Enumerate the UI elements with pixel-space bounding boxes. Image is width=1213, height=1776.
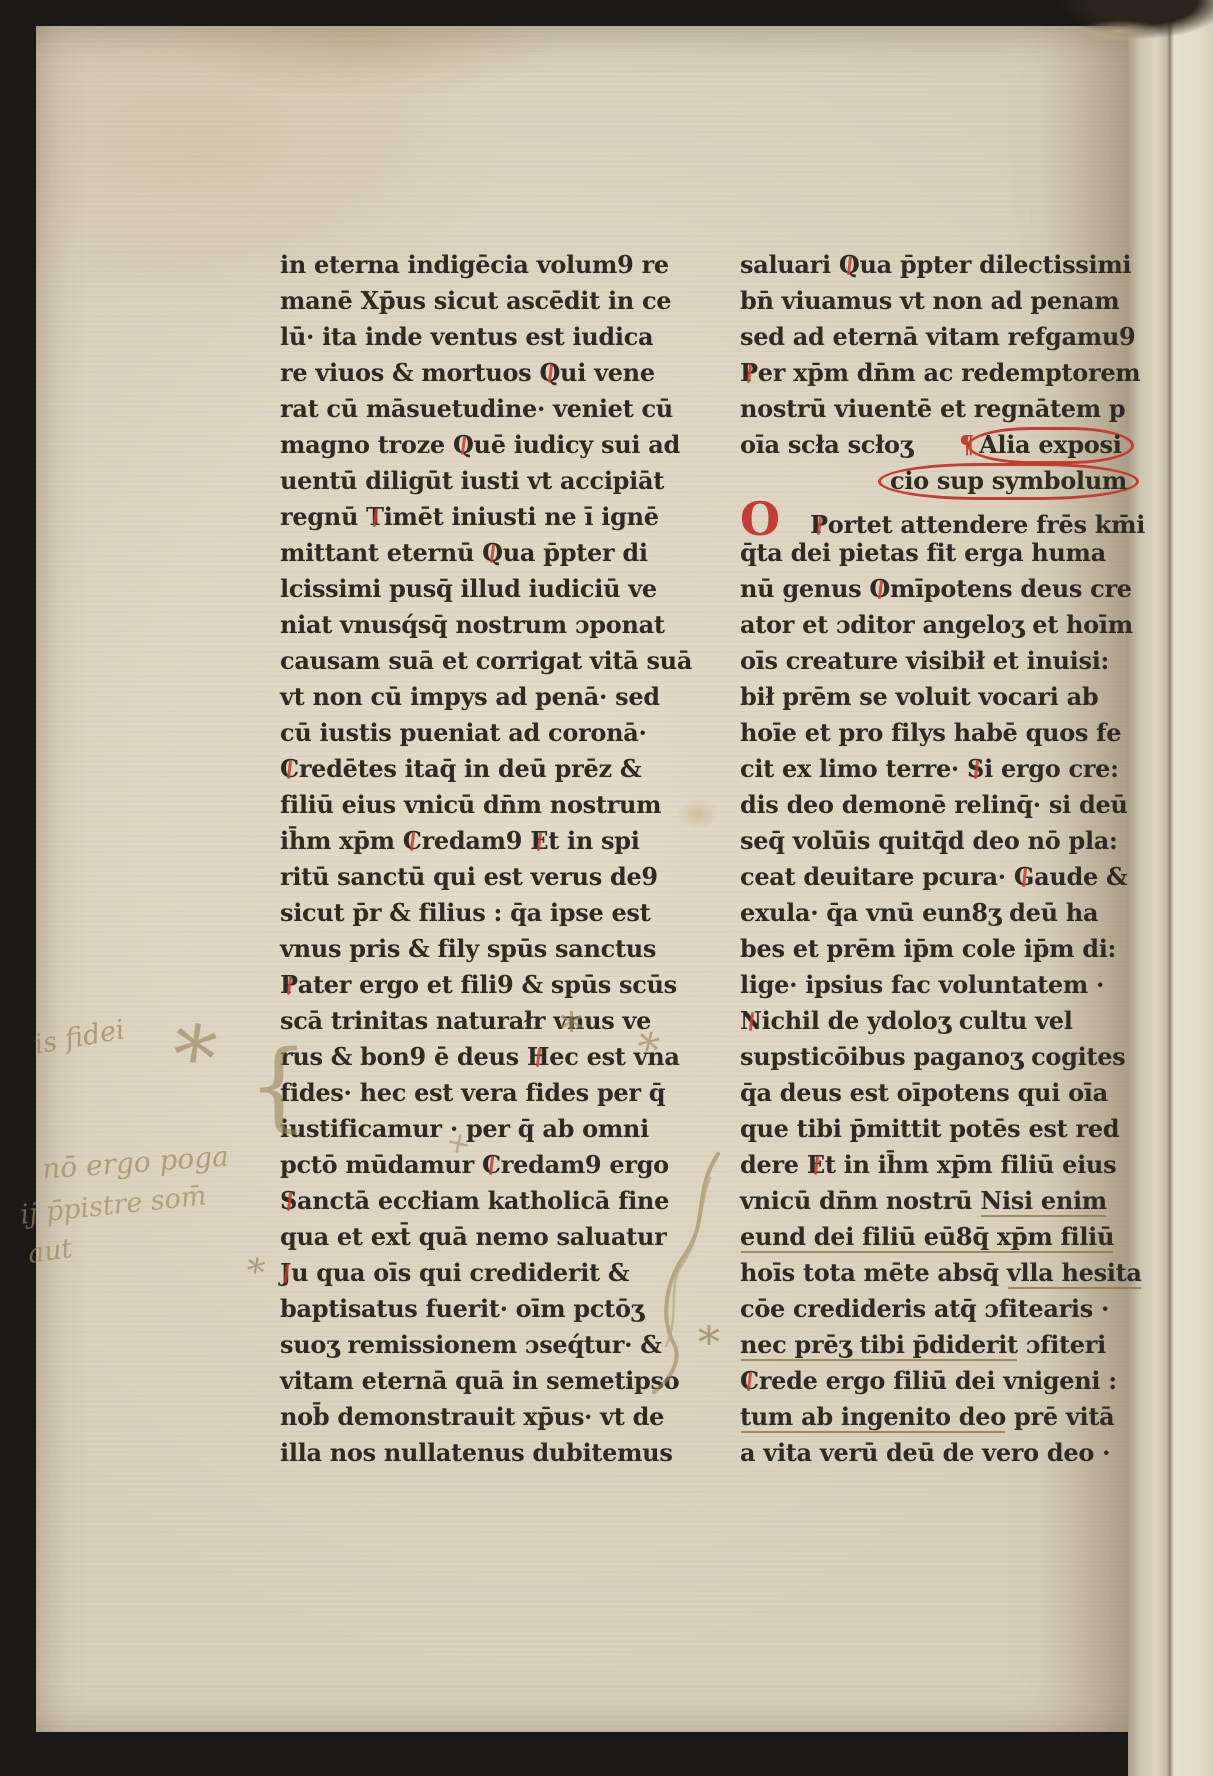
printed-text: saluari [740, 250, 839, 279]
printed-text: suoʒ remissionem ɔseq́tur· & [280, 1330, 662, 1359]
rubricated-initial: E [807, 1150, 825, 1179]
text-line: seq̄ volūis quitq̄d deo nō pla: [740, 823, 1096, 859]
text-line: supsticōibus paganoʒ cogites [740, 1039, 1096, 1075]
page-corner-highlight [1072, 18, 1168, 44]
rubricated-initial: C [280, 754, 299, 783]
text-line: nū genus Omīpotens deus cre [740, 571, 1096, 607]
text-line: vnus pris & fily spūs sanctus [280, 931, 658, 967]
text-line: hoīs tota mēte absq̄ vlla hesita [740, 1255, 1096, 1291]
text-line: qua et ext̄ quā nemo saluatur [280, 1219, 658, 1255]
text-line: vt non cū impys ad penā· sed [280, 679, 658, 715]
printed-text: hoīe et pro filys habē quos fe [740, 718, 1121, 747]
text-line: re viuos & mortuos Qui vene [280, 355, 658, 391]
printed-text: ui vene [560, 358, 655, 387]
text-line: lige· ipsius fac voluntatem · [740, 967, 1096, 1003]
text-line: Credētes itaq̄ in deū prēz & [280, 751, 658, 787]
text-line: magno troze Quē iudicy sui ad [280, 427, 658, 463]
underlined-text: vlla hesita [1007, 1258, 1142, 1287]
printed-text: exula· q̄a vnū eun8ʒ deū ha [740, 898, 1098, 927]
printed-text: ua p̄pter dilectissimi [860, 250, 1132, 279]
rubricated-initial: E [530, 826, 548, 855]
text-line: q̄ta dei pietas fit erga huma [740, 535, 1096, 571]
rubricated-initial: Q [482, 538, 503, 567]
printed-text: scā trinitas naturałr vnus ve [280, 1006, 651, 1035]
printed-text: baptisatus fuerit· oīm pctōʒ [280, 1294, 644, 1323]
printed-text: rede ergo filiū dei vnigeni : [759, 1366, 1117, 1395]
rubricated-initial: C [403, 826, 422, 855]
text-line: ceat deuitare pcura· Gaude & [740, 859, 1096, 895]
text-line: OPortet attendere frēs km̄i [740, 499, 1096, 535]
printed-text: ritū sanctū qui est verus de9 [280, 862, 658, 891]
printed-text: que tibi p̄mittit potēs est red [740, 1114, 1119, 1143]
book-scan: in eterna indigēcia volum9 remanē Xp̄us … [0, 0, 1213, 1776]
text-line: Crede ergo filiū dei vnigeni : [740, 1363, 1096, 1399]
text-line: cio sup symbolum [740, 463, 1096, 499]
text-line: dere Et in ih̄m xp̄m filiū eius [740, 1147, 1096, 1183]
printed-text: vitam eternā quā in semetipso [280, 1366, 679, 1395]
printed-text: rus & bon9 ē deus [280, 1042, 527, 1071]
margin-brace: { [248, 1030, 309, 1142]
printed-text: bes et prēm ip̄m cole ip̄m di: [740, 934, 1116, 963]
underlined-text: eund dei filiū eū8q̄ xp̄m filiū [740, 1222, 1114, 1251]
text-line: mittant eternū Qua p̄pter di [280, 535, 658, 571]
text-line: eund dei filiū eū8q̄ xp̄m filiū [740, 1219, 1096, 1255]
printed-text: q̄a deus est oīpotens qui oīa [740, 1078, 1108, 1107]
text-line: nec prēʒ tibi p̄diderit ɔfiteri [740, 1327, 1096, 1363]
printed-text: supsticōibus paganoʒ cogites [740, 1042, 1125, 1071]
rubricated-initial: N [740, 1006, 762, 1035]
text-line: vnicū dn̄m nostrū Nisi enim [740, 1183, 1096, 1219]
rubricated-initial: O [869, 574, 890, 603]
text-line: scā trinitas naturałr vnus ve [280, 1003, 658, 1039]
rubricated-initial: S [967, 754, 984, 783]
printed-text: ortet attendere frēs km̄i [828, 510, 1145, 539]
printed-text: niat vnusq́sq̄ nostrum ɔponat [280, 610, 665, 639]
rubricated-initial: H [527, 1042, 549, 1071]
underlined-text: tum ab ingenito deo [740, 1402, 1006, 1431]
printed-text: filiū eius vnicū dn̄m nostrum [280, 790, 661, 819]
rubricated-initial: P [810, 510, 828, 539]
text-line: manē Xp̄us sicut ascēdit in ce [280, 283, 658, 319]
rubricated-initial: T [366, 502, 384, 531]
printed-text: q̄ta dei pietas fit erga huma [740, 538, 1106, 567]
printed-text: u qua oīs qui crediderit & [291, 1258, 629, 1287]
text-line: rus & bon9 ē deus Hec est vna [280, 1039, 658, 1075]
rubricated-initial: S [280, 1186, 297, 1215]
text-line: cōe credideris atq̄ ɔfitearis · [740, 1291, 1096, 1327]
printed-text: nū genus [740, 574, 869, 603]
printed-text: anctā eccłiam katholicā fine [297, 1186, 669, 1215]
ink-flourish [640, 1148, 750, 1398]
underlined-text: nec prēʒ tibi p̄diderit [740, 1330, 1018, 1359]
printed-text: prē vitā [1006, 1402, 1114, 1431]
printed-text: regnū [280, 502, 366, 531]
printed-text: cū iustis pueniat ad coronā· [280, 718, 647, 747]
text-line: Ju qua oīs qui crediderit & [280, 1255, 658, 1291]
printed-text: ceat deuitare pcura· [740, 862, 1014, 891]
text-line: ritū sanctū qui est verus de9 [280, 859, 658, 895]
printed-text: lū· ita inde ventus est iudica [280, 322, 653, 351]
printed-text: i ergo cre: [984, 754, 1119, 783]
printed-text: t in spi [548, 826, 639, 855]
rubricated-initial: G [1014, 862, 1034, 891]
text-line: que tibi p̄mittit potēs est red [740, 1111, 1096, 1147]
text-line: causam suā et corrigat vitā suā [280, 643, 658, 679]
printed-text: ator et ɔditor angeloʒ et hoīm [740, 610, 1133, 639]
printed-text: oīs creature visibił et inuisi: [740, 646, 1109, 675]
printed-text: rat cū māsuetudine· veniet cū [280, 394, 673, 423]
text-line: illa nos nullatenus dubitemus [280, 1435, 658, 1471]
printed-text: fides· hec est vera fides per q̄ [280, 1078, 665, 1107]
text-line: cit ex limo terre· Si ergo cre: [740, 751, 1096, 787]
text-line: bił prēm se voluit vocari ab [740, 679, 1096, 715]
printed-text: qua et ext̄ quā nemo saluatur [280, 1222, 666, 1251]
lombard-initial: O [740, 501, 810, 537]
printed-text: mittant eternū [280, 538, 482, 567]
text-line: dis deo demonē relinq̄· si deū [740, 787, 1096, 823]
text-line: q̄a deus est oīpotens qui oīa [740, 1075, 1096, 1111]
text-line: saluari Qua p̄pter dilectissimi [740, 247, 1096, 283]
rubricated-initial: Q [839, 250, 860, 279]
text-line: filiū eius vnicū dn̄m nostrum [280, 787, 658, 823]
printed-text: nostrū viuentē et regnātem p [740, 394, 1125, 423]
text-line: lū· ita inde ventus est iudica [280, 319, 658, 355]
printed-text: nob̄ demonstrauit xp̄us· vt de [280, 1402, 664, 1431]
printed-text: imēt iniusti ne ī ignē [384, 502, 659, 531]
printed-text: oīa scła scłoʒ [740, 430, 913, 459]
printed-text: manē Xp̄us sicut ascēdit in ce [280, 286, 671, 315]
text-line: vitam eternā quā in semetipso [280, 1363, 658, 1399]
text-line: Pater ergo et fili9 & spūs scūs [280, 967, 658, 1003]
right-text-column: saluari Qua p̄pter dilectissimibn̄ viuam… [740, 247, 1096, 1471]
text-line: bn̄ viuamus vt non ad penam [740, 283, 1096, 319]
red-circled-text: Alia exposi [967, 427, 1133, 464]
text-line: in eterna indigēcia volum9 re [280, 247, 658, 283]
printed-text: aude & [1034, 862, 1127, 891]
printed-text: mīpotens deus cre [890, 574, 1132, 603]
red-circled-text: cio sup symbolum [878, 463, 1139, 500]
text-line: niat vnusq́sq̄ nostrum ɔponat [280, 607, 658, 643]
rubricated-initial: P [280, 970, 298, 999]
text-line: uentū diligūt iusti vt accipiāt [280, 463, 658, 499]
printed-text: cōe credideris atq̄ ɔfitearis · [740, 1294, 1109, 1323]
text-line: sicut p̄r & filius : q̄a ipse est [280, 895, 658, 931]
printed-text: bił prēm se voluit vocari ab [740, 682, 1098, 711]
text-line: Per xp̄m dn̄m ac redemptorem [740, 355, 1096, 391]
printed-text: hoīs tota mēte absq̄ [740, 1258, 1007, 1287]
printed-text: causam suā et corrigat vitā suā [280, 646, 692, 675]
text-line: lcissimi pusq̄ illud iudiciū ve [280, 571, 658, 607]
printed-text: ih̄m xp̄m [280, 826, 403, 855]
rubricated-initial: C [482, 1150, 501, 1179]
printed-text: magno troze [280, 430, 453, 459]
printed-text: ater ergo et fili9 & spūs scūs [298, 970, 677, 999]
left-text-column: in eterna indigēcia volum9 remanē Xp̄us … [280, 247, 658, 1471]
rubricated-initial: J [280, 1258, 291, 1287]
printed-text: redam9 [422, 826, 531, 855]
printed-text: lcissimi pusq̄ illud iudiciū ve [280, 574, 657, 603]
text-line: regnū Timēt iniusti ne ī ignē [280, 499, 658, 535]
printed-text: vt non cū impys ad penā· sed [280, 682, 660, 711]
text-line: ih̄m xp̄m Credam9 Et in spi [280, 823, 658, 859]
printed-text: vnus pris & fily spūs sanctus [280, 934, 656, 963]
adjacent-page-edge [1128, 0, 1213, 1776]
text-line: ator et ɔditor angeloʒ et hoīm [740, 607, 1096, 643]
rubricated-initial: Q [453, 430, 474, 459]
printed-text: ɔfiteri [1018, 1330, 1106, 1359]
text-line: baptisatus fuerit· oīm pctōʒ [280, 1291, 658, 1327]
printed-text: dis deo demonē relinq̄· si deū [740, 790, 1128, 819]
margin-note-aut: aut [26, 1233, 74, 1270]
printed-text: redētes itaq̄ in deū prēz & [299, 754, 641, 783]
text-line: nostrū viuentē et regnātem p [740, 391, 1096, 427]
text-line: tum ab ingenito deo prē vitā [740, 1399, 1096, 1435]
printed-text: illa nos nullatenus dubitemus [280, 1438, 673, 1467]
printed-text: seq̄ volūis quitq̄d deo nō pla: [740, 826, 1118, 855]
printed-text: re viuos & mortuos [280, 358, 539, 387]
text-line: fides· hec est vera fides per q̄ [280, 1075, 658, 1111]
printed-text: cit ex limo terre· [740, 754, 967, 783]
text-line: hoīe et pro filys habē quos fe [740, 715, 1096, 751]
text-line: a vita verū deū de vero deo · [740, 1435, 1096, 1471]
printed-text: in eterna indigēcia volum9 re [280, 250, 669, 279]
rubricated-initial: Q [539, 358, 560, 387]
text-line: oīs creature visibił et inuisi: [740, 643, 1096, 679]
text-line: cū iustis pueniat ad coronā· [280, 715, 658, 751]
printed-text: uentū diligūt iusti vt accipiāt [280, 466, 664, 495]
printed-text: bn̄ viuamus vt non ad penam [740, 286, 1119, 315]
printed-text: er xp̄m dn̄m ac redemptorem [758, 358, 1141, 387]
text-line: sed ad eternā vitam refgamu9 [740, 319, 1096, 355]
text-line: exula· q̄a vnū eun8ʒ deū ha [740, 895, 1096, 931]
printed-text: lige· ipsius fac voluntatem · [740, 970, 1104, 999]
printed-text: vnicū dn̄m nostrū [740, 1186, 980, 1215]
rubricated-initial: P [740, 358, 758, 387]
text-line: bes et prēm ip̄m cole ip̄m di: [740, 931, 1096, 967]
printed-text: ua p̄pter di [503, 538, 648, 567]
printed-text: ichil de ydoloʒ cultu vel [762, 1006, 1073, 1035]
underlined-text: Nisi enim [980, 1186, 1107, 1215]
text-line: oīa scła scłoʒ¶Alia exposi [740, 427, 1096, 463]
margin-asterisk-fides: * [560, 1002, 583, 1056]
text-line: nob̄ demonstrauit xp̄us· vt de [280, 1399, 658, 1435]
text-line: rat cū māsuetudine· veniet cū [280, 391, 658, 427]
text-line: suoʒ remissionem ɔseq́tur· & [280, 1327, 658, 1363]
printed-text: a vita verū deū de vero deo · [740, 1438, 1110, 1467]
text-line: Nichil de ydoloʒ cultu vel [740, 1003, 1096, 1039]
text-line: Sanctā eccłiam katholicā fine [280, 1183, 658, 1219]
printed-text: t in ih̄m xp̄m filiū eius [825, 1150, 1116, 1179]
printed-text: sed ad eternā vitam refgamu9 [740, 322, 1135, 351]
printed-text: sicut p̄r & filius : q̄a ipse est [280, 898, 650, 927]
printed-text: dere [740, 1150, 807, 1179]
printed-text: uē iudicy sui ad [474, 430, 680, 459]
